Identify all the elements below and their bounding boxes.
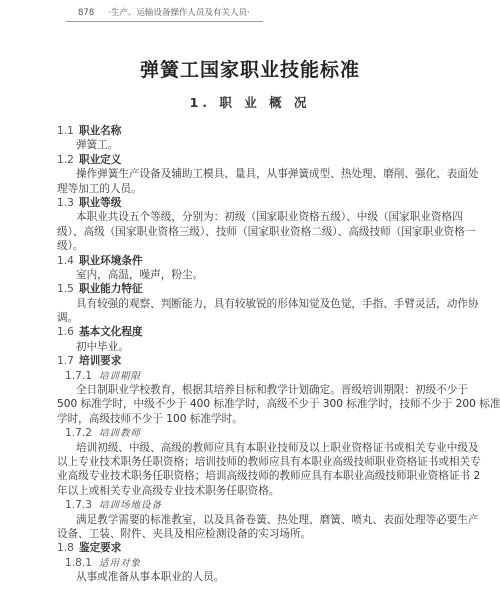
paragraph-line: 年以上或相关专业高级专业技术职务任职资格。 <box>57 484 445 498</box>
heading-text: 鉴定要求 <box>79 542 121 554</box>
paragraph: 全日制职业学校教育，根据其培养目标和教学计划确定。晋级培训期限：初级不少于500… <box>57 383 445 426</box>
section-heading: 1.1职业名称 <box>57 124 445 138</box>
section-title: 1. 职 业 概 况 <box>0 93 500 111</box>
document-body: 1.1职业名称弹簧工。1.2职业定义操作弹簧生产设备及辅助工模具、量具，从事弹簧… <box>57 124 445 585</box>
paragraph: 室内，高温，噪声，粉尘。 <box>57 268 445 282</box>
section-heading: 1.6基本文化程度 <box>57 325 445 339</box>
heading-text: 职业等级 <box>79 197 121 209</box>
paragraph-line: 设备、工装、附件、夹具及相应检测设备的实习场所。 <box>57 527 445 541</box>
heading-number: 1.7.2 <box>65 426 99 440</box>
paragraph: 弹簧工。 <box>57 138 445 152</box>
paragraph-line: 培训初级、中级、高级的教师应具有本职业技师及以上职业资格证书或相关专业中级及 <box>57 441 445 455</box>
paragraph: 满足教学需要的标准教室，以及具备卷簧、热处理、磨簧、喷丸、表面处理等必要生产设备… <box>57 513 445 542</box>
section-heading: 1.5职业能力特征 <box>57 282 445 296</box>
section-heading: 1.3职业等级 <box>57 196 445 210</box>
paragraph-line: 从事或准备从事本职业的人员。 <box>57 570 445 584</box>
paragraph-line: 级）、高级（国家职业资格三级）、技师（国家职业资格二级）、高级技师（国家职业资格… <box>57 225 445 239</box>
heading-text: 培训场地设备 <box>99 500 162 511</box>
heading-number: 1.6 <box>57 325 79 339</box>
running-header: 878·生产、运输设备操作人员及有关人员· <box>66 6 263 22</box>
paragraph-line: 学时，高级技师不少于 100 标准学时。 <box>57 412 445 426</box>
paragraph: 操作弹簧生产设备及辅助工模具、量具，从事弹簧成型、热处理、磨削、强化、表面处理等… <box>57 167 445 196</box>
heading-text: 职业能力特征 <box>79 283 143 295</box>
heading-number: 1.3 <box>57 196 79 210</box>
page-number: 878 <box>78 8 94 18</box>
subsection-heading: 1.7.2培训教师 <box>57 426 445 440</box>
paragraph-line: 级）。 <box>57 239 445 253</box>
heading-text: 职业定义 <box>79 154 121 166</box>
subsection-heading: 1.7.3培训场地设备 <box>57 498 445 512</box>
paragraph: 本职业共设五个等级，分别为：初级（国家职业资格五级）、中级（国家职业资格四级）、… <box>57 210 445 253</box>
heading-text: 培训教师 <box>99 428 141 439</box>
section-heading: 1.8鉴定要求 <box>57 541 445 555</box>
heading-text: 培训期限 <box>99 371 141 382</box>
paragraph-line: 操作弹簧生产设备及辅助工模具、量具，从事弹簧成型、热处理、磨削、强化、表面处 <box>57 167 445 181</box>
heading-text: 适用对象 <box>99 558 141 569</box>
running-title: ·生产、运输设备操作人员及有关人员· <box>108 8 249 18</box>
paragraph-line: 初中毕业。 <box>57 340 445 354</box>
paragraph-line: 本职业共设五个等级，分别为：初级（国家职业资格五级）、中级（国家职业资格四 <box>57 210 445 224</box>
paragraph-line: 具有较强的观察、判断能力，具有较敏锐的形体知觉及色觉，手指、手臂灵活，动作协 <box>57 297 445 311</box>
heading-text: 职业环境条件 <box>79 255 143 267</box>
heading-number: 1.7.1 <box>65 369 99 383</box>
subsection-heading: 1.7.1培训期限 <box>57 369 445 383</box>
heading-number: 1.2 <box>57 153 79 167</box>
paragraph-line: 满足教学需要的标准教室，以及具备卷簧、热处理、磨簧、喷丸、表面处理等必要生产 <box>57 513 445 527</box>
heading-number: 1.8 <box>57 541 79 555</box>
heading-number: 1.8.1 <box>65 556 99 570</box>
heading-number: 1.7 <box>57 354 79 368</box>
heading-number: 1.5 <box>57 282 79 296</box>
heading-text: 培训要求 <box>79 355 121 367</box>
paragraph-line: 调。 <box>57 311 445 325</box>
paragraph-line: 弹簧工。 <box>57 138 445 152</box>
paragraph-line: 以上专业技术职务任职资格；培训技师的教师应具有本职业高级技师职业资格证书或相关专 <box>57 455 445 469</box>
subsection-heading: 1.8.1适用对象 <box>57 556 445 570</box>
heading-number: 1.7.3 <box>65 498 99 512</box>
section-heading: 1.4职业环境条件 <box>57 254 445 268</box>
paragraph-line: 业高级专业技术职务任职资格；培训高级技师的教师应具有本职业高级技师职业资格证书 … <box>57 469 445 483</box>
heading-number: 1.4 <box>57 254 79 268</box>
heading-text: 基本文化程度 <box>79 326 143 338</box>
paragraph: 从事或准备从事本职业的人员。 <box>57 570 445 584</box>
paragraph-line: 室内，高温，噪声，粉尘。 <box>57 268 445 282</box>
paragraph-line: 理等加工的人员。 <box>57 182 445 196</box>
paragraph: 具有较强的观察、判断能力，具有较敏锐的形体知觉及色觉，手指、手臂灵活，动作协调。 <box>57 297 445 326</box>
section-heading: 1.2职业定义 <box>57 153 445 167</box>
paragraph-line: 全日制职业学校教育，根据其培养目标和教学计划确定。晋级培训期限：初级不少于 <box>57 383 445 397</box>
heading-number: 1.1 <box>57 124 79 138</box>
paragraph: 培训初级、中级、高级的教师应具有本职业技师及以上职业资格证书或相关专业中级及以上… <box>57 441 445 499</box>
section-heading: 1.7培训要求 <box>57 354 445 368</box>
document-title: 弹簧工国家职业技能标准 <box>0 55 500 82</box>
paragraph: 初中毕业。 <box>57 340 445 354</box>
paragraph-line: 500 标准学时，中级不少于 400 标准学时，高级不少于 300 标准学时，技… <box>57 397 445 411</box>
heading-text: 职业名称 <box>79 125 121 137</box>
